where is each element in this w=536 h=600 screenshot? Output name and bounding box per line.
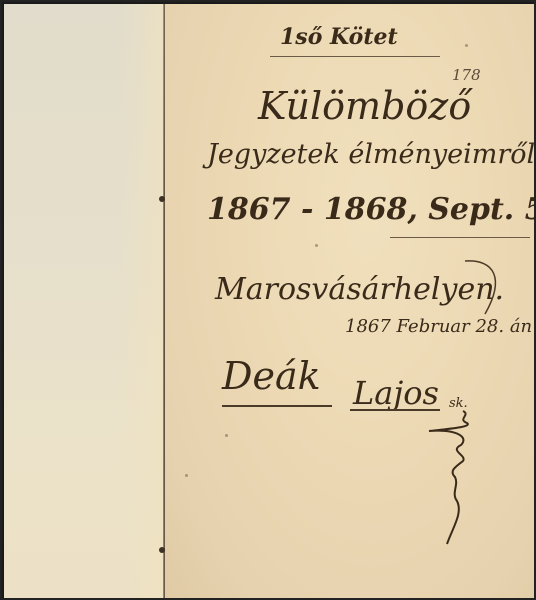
author-surname: Deák	[222, 354, 321, 398]
signature-flourish	[427, 409, 507, 549]
author-given-name: Lajos	[353, 374, 439, 412]
scanned-document: 1ső Kötet 178 Külömböző Jegyzetek élmény…	[0, 0, 536, 600]
paper-speck	[225, 434, 228, 437]
title-page: 1ső Kötet 178 Külömböző Jegyzetek élmény…	[165, 4, 536, 600]
title-line-1: Külömböző	[258, 84, 471, 128]
place-name: Marosvásárhelyen.	[215, 272, 504, 307]
page-number: 178	[452, 66, 481, 84]
flourish-curve	[465, 259, 505, 319]
title-line-2: Jegyzetek élményeimről	[207, 139, 535, 170]
date-underline	[390, 237, 530, 238]
left-blank-page	[4, 4, 164, 600]
paper-speck	[465, 44, 468, 47]
date-range: 1867 - 1868, Sept. 5 ig	[207, 192, 536, 227]
date-written: 1867 Februar 28. án	[345, 316, 532, 337]
volume-label: 1ső Kötet	[280, 24, 398, 50]
surname-underline	[222, 405, 332, 407]
paper-speck	[185, 474, 188, 477]
volume-underline	[270, 56, 440, 57]
paper-speck	[315, 244, 318, 247]
